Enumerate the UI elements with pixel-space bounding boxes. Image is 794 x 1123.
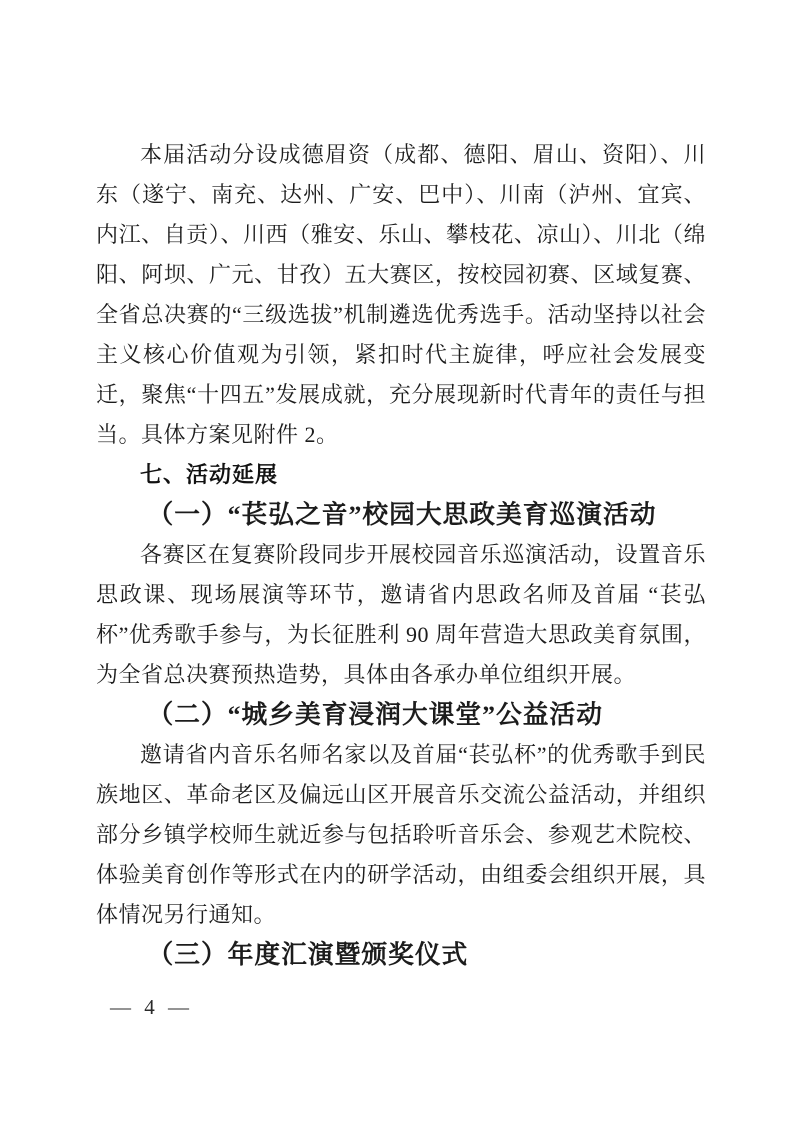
sub-heading-three-annual-gala-award-ceremony: （三）年度汇演暨颁奖仪式 — [96, 935, 706, 975]
document-page: 本届活动分设成德眉资（成都、德阳、眉山、资阳）、川东（遂宁、南充、达州、广安、巴… — [0, 0, 794, 1123]
sub-heading-two-urban-rural-aesthetic-class: （二）“城乡美育浸润大课堂”公益活动 — [96, 695, 706, 735]
overview-paragraph: 本届活动分设成德眉资（成都、德阳、眉山、资阳）、川东（遂宁、南充、达州、广安、巴… — [96, 135, 706, 455]
sub-heading-one-changhong-zhiyin-tour: （一）“苌弘之音”校园大思政美育巡演活动 — [96, 495, 706, 535]
footer-page-number: — 4 — — [110, 992, 193, 1022]
section-heading-activity-extension: 七、活动延展 — [96, 455, 706, 495]
paragraph-sub-two-public-welfare: 邀请省内音乐名师名家以及首届“苌弘杯”的优秀歌手到民族地区、革命老区及偏远山区开… — [96, 735, 706, 935]
paragraph-sub-one-campus-tour: 各赛区在复赛阶段同步开展校园音乐巡演活动，设置音乐思政课、现场展演等环节，邀请省… — [96, 535, 706, 695]
document-body: 本届活动分设成德眉资（成都、德阳、眉山、资阳）、川东（遂宁、南充、达州、广安、巴… — [96, 135, 706, 975]
